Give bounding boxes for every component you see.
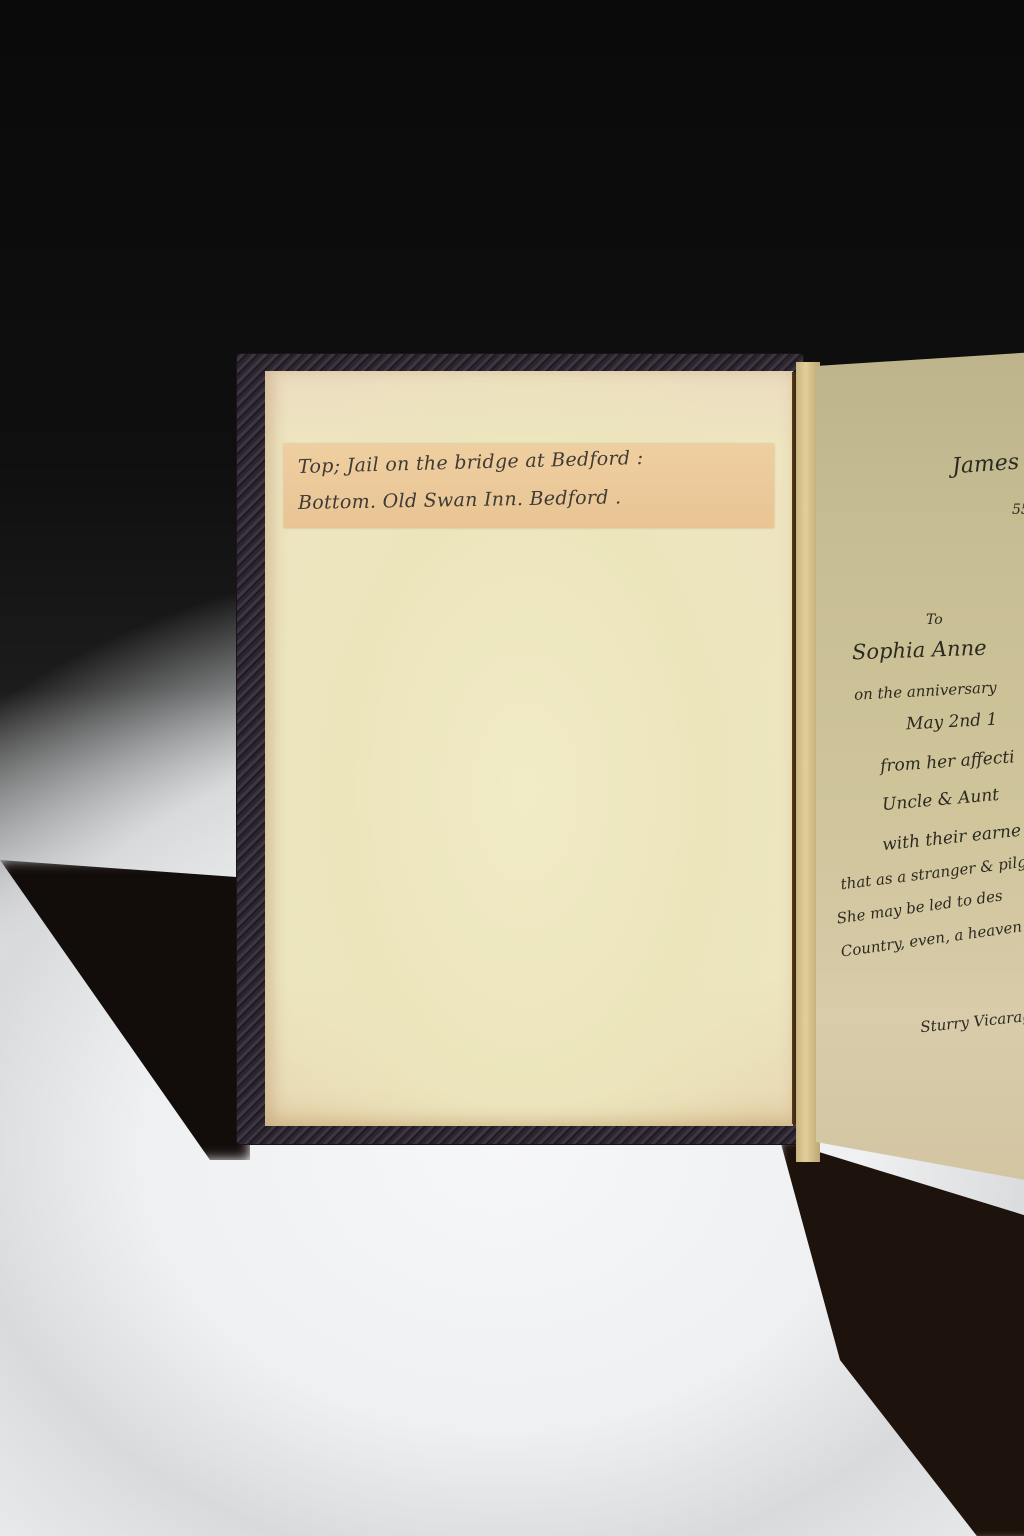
inscription-line: on the anniversary (854, 678, 997, 703)
inscription-signature: Sturry Vicarage (919, 1006, 1024, 1037)
flyleaf-page: James 55 To Sophia Anne on the anniversa… (816, 352, 1024, 1182)
inscription-line: Country, even, a heaven (840, 917, 1023, 960)
inscription-line: 55 (1012, 502, 1024, 518)
inscription-line: James (951, 450, 1020, 480)
photo-scene: Top; Jail on the bridge at Bedford : Bot… (0, 0, 1024, 1536)
inscription-line: May 2nd 1 (906, 710, 998, 735)
label-line-top: Top; Jail on the bridge at Bedford : (298, 447, 644, 478)
inscription-line: Uncle & Aunt (881, 785, 1000, 815)
handwritten-label: Top; Jail on the bridge at Bedford : Bot… (284, 444, 774, 528)
label-line-bottom: Bottom. Old Swan Inn. Bedford . (298, 486, 622, 514)
inscription-line: To (926, 612, 943, 628)
flyleaf-inscription: James 55 To Sophia Anne on the anniversa… (816, 352, 1024, 1182)
inscription-line: She may be led to des (836, 886, 1004, 927)
inscription-line: Sophia Anne (852, 636, 987, 665)
inscription-line: with their earne (881, 821, 1022, 855)
inscription-line: from her affecti (879, 747, 1015, 776)
